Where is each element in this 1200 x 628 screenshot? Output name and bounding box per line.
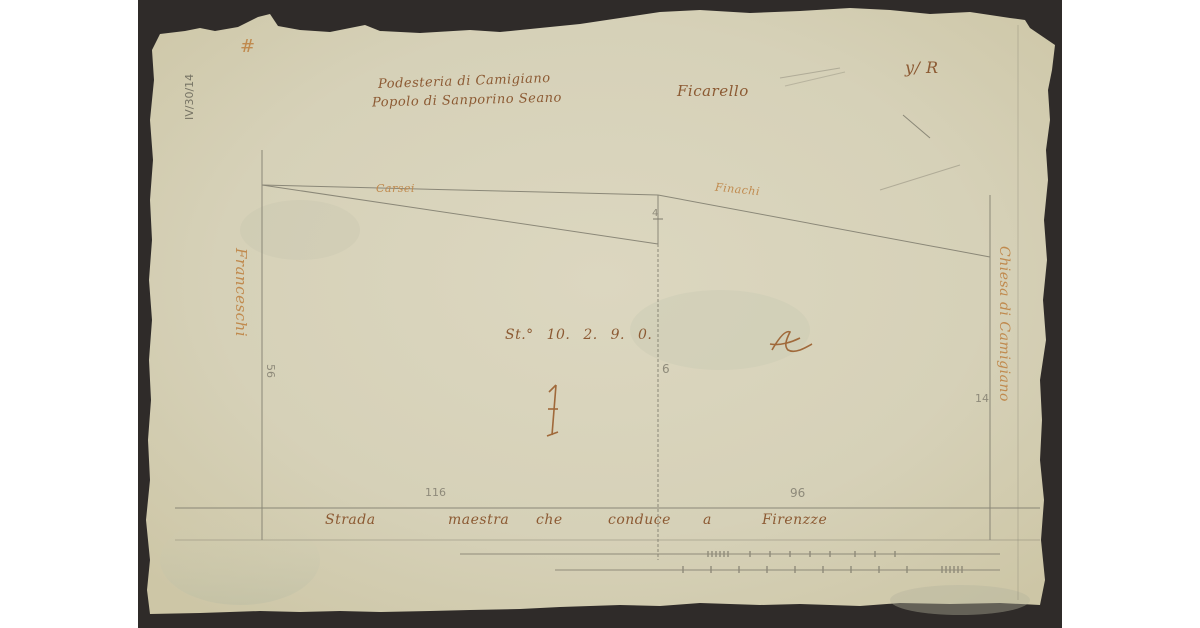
road-word-5: a [703,512,712,528]
road-word-1: Strada [325,512,376,528]
label-area: St.° 10. 2. 9. 0. [505,327,652,343]
archive-mark: IV/30/14 [183,74,196,120]
map-sheet [0,0,1200,628]
measure-bottom-right: 96 [790,486,805,500]
measure-bottom-left: 116 [425,486,446,499]
label-parcel-top-left: Carsei [376,182,415,195]
measure-middle-line: 6 [662,362,670,376]
measure-right-side: 14 [975,392,989,405]
top-right-mark: y/ R [905,58,939,77]
label-north: Ficarello [677,82,749,100]
measure-middle-small: 4 [652,208,658,219]
road-word-2: maestra [448,512,509,528]
road-word-3: che [536,512,563,528]
measure-left-side: 56 [264,364,277,378]
corner-mark: # [240,36,256,57]
road-word-6: Firenzze [762,512,827,528]
road-word-4: conduce [608,512,671,528]
label-east: Chiesa di Camigiano [996,246,1012,402]
label-west: Franceschi [232,248,250,337]
